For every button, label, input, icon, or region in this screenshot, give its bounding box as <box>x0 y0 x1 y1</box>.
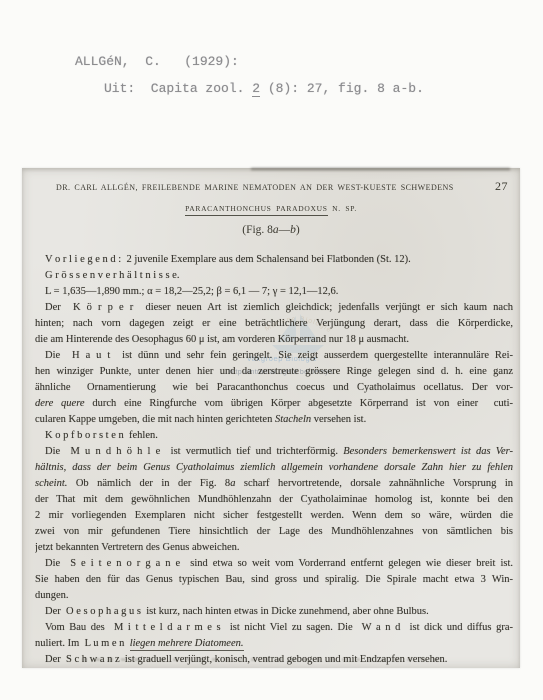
body-line: scheint. Ob nämlich der in der Fig. 8a s… <box>35 476 513 492</box>
body-line: Die M u n d h ö h l e ist vermutlich tie… <box>35 444 513 460</box>
text-segment: durch eine Ringfurche vom übrigen Körper… <box>85 398 513 409</box>
figure-caption: (Fig. 8a—b) <box>22 224 520 236</box>
text-segment: versehen ist. <box>311 414 366 425</box>
scanned-page: Mariene Biologie Vakgroep Biologie http:… <box>22 168 520 668</box>
text-segment: zwei von mir gefundenen Tiere hinsichtli… <box>35 526 513 537</box>
text-segment: nuliert. Im L u m e n <box>35 638 130 649</box>
body-text: V o r l i e g e n d : 2 juvenile Exempla… <box>35 252 513 668</box>
body-line: Der S c h w a n z ist graduell verjüngt,… <box>35 652 513 668</box>
body-line: zwei von mir gefundenen Tiere hinsichtli… <box>35 524 513 540</box>
body-line: K o p f b o r s t e n fehlen. <box>35 428 513 444</box>
text-segment: (Fig. 8 <box>242 224 273 236</box>
body-line: V o r l i e g e n d : 2 juvenile Exempla… <box>35 252 513 268</box>
text-segment: dere quere <box>35 398 85 409</box>
text-segment: scheint. <box>35 478 67 489</box>
text-segment: Der K ö r p e r dieser neuen Art ist zie… <box>45 302 513 313</box>
body-line: 2 mir vorliegenden Exemplaren nicht sich… <box>35 508 513 524</box>
note-line-author-year: ALLGéN, C. (1929): <box>75 54 239 69</box>
volume-number: 2 <box>252 81 260 97</box>
body-line: jetzt bekannten Vertretern des Genus abw… <box>35 540 513 556</box>
text-segment: Der S c h w a n z ist graduell verjüngt,… <box>45 654 447 665</box>
text-segment: dungen. <box>35 590 69 601</box>
text-segment: Besonders bemerkenswert ist das Ver- <box>343 446 513 457</box>
body-line: Vom Bau des M i t t e l d a r m e s ist … <box>35 620 513 636</box>
text-segment: Stacheln <box>275 414 311 425</box>
page-header: DR. CARL ALLGÉN, FREILEBENDE MARINE NEMA… <box>56 179 508 194</box>
species-name-underlined: PARACANTHONCHUS PARADOXUS <box>185 204 328 216</box>
text-segment: — <box>279 224 291 236</box>
text-segment: Die M u n d h ö h l e ist vermutlich tie… <box>45 446 343 457</box>
body-line: ähnliche Ornamentierung wie bei Paracant… <box>35 380 513 396</box>
body-line: hen winziger Punkte, unter denen hier un… <box>35 364 513 380</box>
text-segment: jetzt bekannten Vertretern des Genus abw… <box>35 542 239 553</box>
citation-pre: Uit: Capita zool. <box>104 81 252 96</box>
text-segment: hen winziger Punkte, unter denen hier un… <box>35 366 513 377</box>
text-segment: hältnis, dass der beim Genus Cyatholaimu… <box>35 462 513 473</box>
text-segment: hinten; nach vorn dagegen zeigt er eine … <box>35 318 513 329</box>
text-segment: Die S e i t e n o r g a n e sind etwa so… <box>45 558 513 569</box>
text-segment: G r ö s s e n v e r h ä l t n i s s e. <box>45 270 179 281</box>
text-segment: Der O e s o p h a g u s ist kurz, nach h… <box>45 606 429 617</box>
reference-note: ALLGéN, C. (1929): Uit: Capita zool. 2 (… <box>0 0 543 140</box>
body-line: G r ö s s e n v e r h ä l t n i s s e. <box>35 268 513 284</box>
text-segment: Ob nämlich der in der Fig. 8 <box>67 478 230 489</box>
body-line: Sie haben den für das Genus typischen Ba… <box>35 572 513 588</box>
page-number: 27 <box>495 179 508 194</box>
citation-post: (8): 27, fig. 8 a-b. <box>260 81 424 96</box>
note-line-citation: Uit: Capita zool. 2 (8): 27, fig. 8 a-b. <box>104 81 424 96</box>
text-segment: der That mit dem gewöhnlichen Mundhöhlen… <box>35 494 513 505</box>
body-line: hältnis, dass der beim Genus Cyatholaimu… <box>35 460 513 476</box>
text-segment: ähnliche Ornamentierung wie bei Paracant… <box>35 382 513 393</box>
body-line: dungen. <box>35 588 513 604</box>
text-segment: ) <box>296 224 300 236</box>
text-segment: L = 1,635—1,890 mm.; α = 18,2—25,2; β = … <box>45 286 338 297</box>
body-line: Der O e s o p h a g u s ist kurz, nach h… <box>35 604 513 620</box>
text-segment: scharf hervortretende, dorsale zahnähnli… <box>235 478 513 489</box>
text-segment: Die H a u t ist dünn und sehr fein gerin… <box>45 350 513 361</box>
body-line: dere quere durch eine Ringfurche vom übr… <box>35 396 513 412</box>
body-line: die am Hinterende des Oesophagus 60 μ is… <box>35 332 513 348</box>
text-segment: die am Hinterende des Oesophagus 60 μ is… <box>35 334 409 345</box>
text-segment: V o r l i e g e n d : 2 juvenile Exempla… <box>45 254 411 265</box>
species-title: PARACANTHONCHUS PARADOXUS N. SP. <box>22 204 520 213</box>
body-line: cularen Kappe umgeben, die mit nach hint… <box>35 412 513 428</box>
text-segment: 2 mir vorliegenden Exemplaren nicht sich… <box>35 510 513 521</box>
body-line: hinten; nach vorn dagegen zeigt er eine … <box>35 316 513 332</box>
body-line: Der K ö r p e r dieser neuen Art ist zie… <box>35 300 513 316</box>
text-segment: Sie haben den für das Genus typischen Ba… <box>35 574 513 585</box>
body-line: nuliert. Im L u m e n liegen mehrere Dia… <box>35 636 513 652</box>
body-line: der That mit dem gewöhnlichen Mundhöhlen… <box>35 492 513 508</box>
text-segment: cularen Kappe umgeben, die mit nach hint… <box>35 414 275 425</box>
body-line: Die H a u t ist dünn und sehr fein gerin… <box>35 348 513 364</box>
running-title: DR. CARL ALLGÉN, FREILEBENDE MARINE NEMA… <box>56 183 454 192</box>
text-segment: liegen mehrere Diatomeen. <box>130 638 244 651</box>
text-segment: Vom Bau des M i t t e l d a r m e s ist … <box>45 622 513 633</box>
body-line: Die S e i t e n o r g a n e sind etwa so… <box>35 556 513 572</box>
screenshot-root: ALLGéN, C. (1929): Uit: Capita zool. 2 (… <box>0 0 543 700</box>
body-line: L = 1,635—1,890 mm.; α = 18,2—25,2; β = … <box>35 284 513 300</box>
text-segment: K o p f b o r s t e n fehlen. <box>45 430 158 441</box>
species-suffix: N. SP. <box>328 204 357 213</box>
